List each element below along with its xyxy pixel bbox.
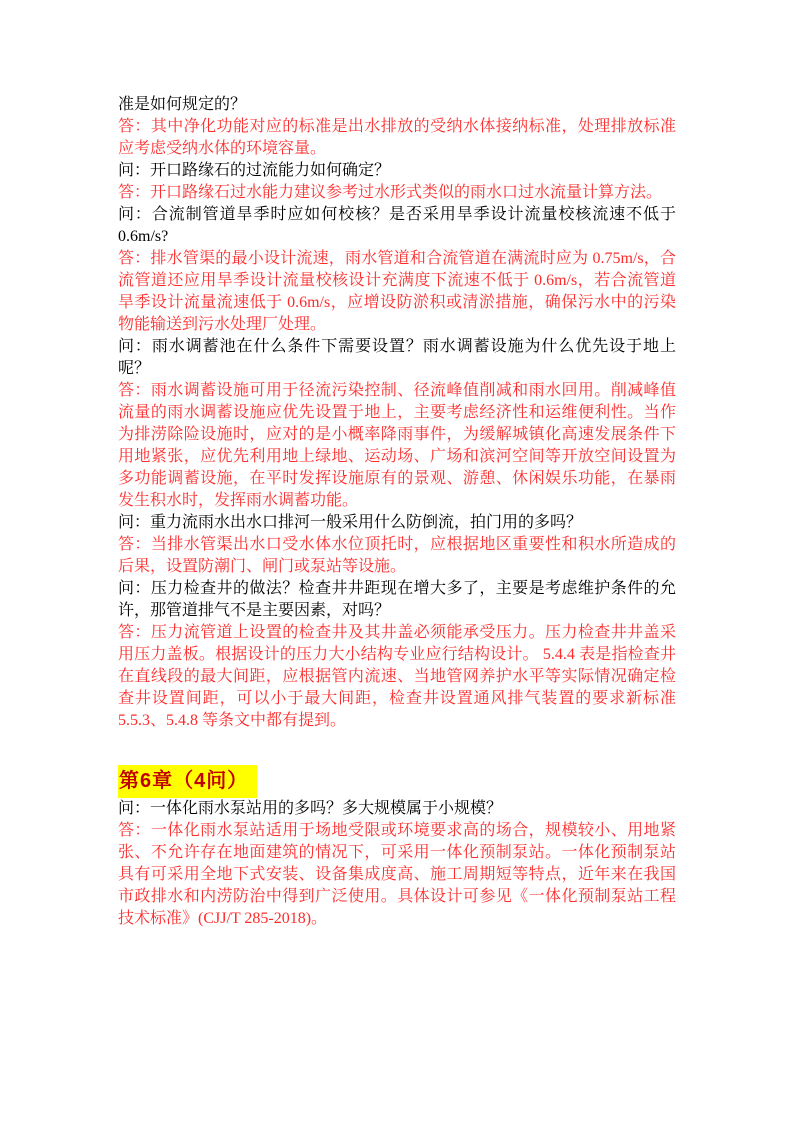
page-content: 准是如何规定的？ 答：其中净化功能对应的标准是出水排放的受纳水体接纳标准，处理排… <box>118 94 676 930</box>
document-page: 准是如何规定的？ 答：其中净化功能对应的标准是出水排放的受纳水体接纳标准，处理排… <box>0 0 794 1123</box>
answer-text: 答：一体化雨水泵站适用于场地受限或环境要求高的场合，规模较小、用地紧张、不允许存… <box>118 820 676 930</box>
chapter-heading-highlight: 第6章（4问） <box>118 765 257 798</box>
answer-text: 答：其中净化功能对应的标准是出水排放的受纳水体接纳标准，处理排放标准应考虑受纳水… <box>118 116 676 160</box>
answer-text: 答：排水管渠的最小设计流速，雨水管道和合流管道在满流时应为 0.75m/s，合流… <box>118 248 676 336</box>
question-text: 问：雨水调蓄池在什么条件下需要设置？雨水调蓄设施为什么优先设于地上呢？ <box>118 336 676 380</box>
answer-text: 答：雨水调蓄设施可用于径流污染控制、径流峰值削减和雨水回用。削减峰值流量的雨水调… <box>118 380 676 512</box>
answer-text: 答：开口路缘石过水能力建议参考过水形式类似的雨水口过水流量计算方法。 <box>118 182 676 204</box>
question-text: 问：重力流雨水出水口排河一般采用什么防倒流，拍门用的多吗？ <box>118 512 676 534</box>
answer-text: 答：当排水管渠出水口受水体水位顶托时，应根据地区重要性和积水所造成的后果，设置防… <box>118 534 676 578</box>
question-text: 问：开口路缘石的过流能力如何确定？ <box>118 160 676 182</box>
question-text: 问：一体化雨水泵站用的多吗？多大规模属于小规模？ <box>118 798 676 820</box>
chapter-heading: 第6章（4问） <box>118 765 676 798</box>
question-text: 问：合流制管道旱季时应如何校核？是否采用旱季设计流量校核流速不低于 0.6m/s… <box>118 204 676 248</box>
question-text: 问：压力检查井的做法？检查井井距现在增大多了，主要是考虑维护条件的允许，那管道排… <box>118 578 676 622</box>
question-fragment-text: 准是如何规定的？ <box>118 94 676 116</box>
answer-text: 答：压力流管道上设置的检查井及其井盖必须能承受压力。压力检查井井盖采用压力盖板。… <box>118 622 676 732</box>
